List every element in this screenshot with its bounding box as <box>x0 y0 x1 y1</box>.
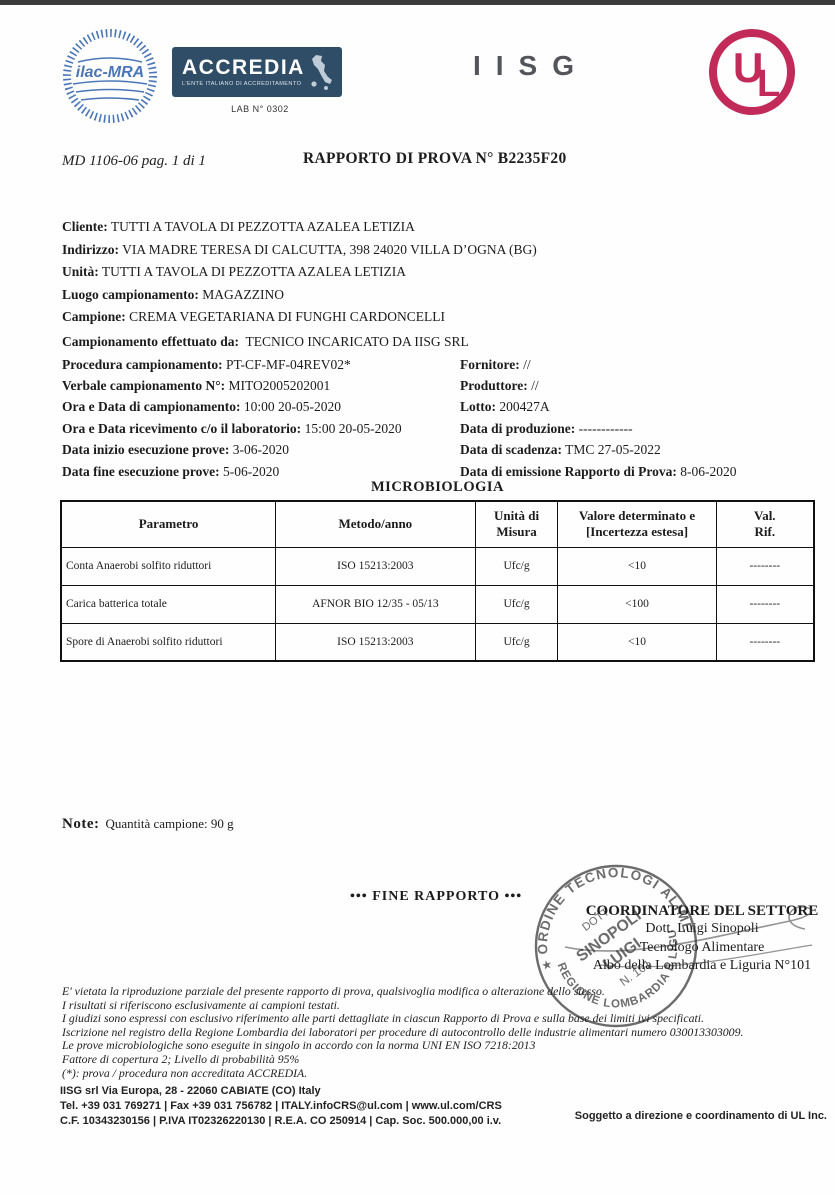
cell-val-rif: -------- <box>716 623 814 661</box>
disclaimer-line: (*): prova / procedura non accreditata A… <box>62 1067 792 1081</box>
cell-valore: <100 <box>558 585 716 623</box>
accredia-subtitle: L'ENTE ITALIANO DI ACCREDITAMENTO <box>182 81 308 87</box>
info-row-data-scadenza: Data di scadenza: TMC 27-05-2022 <box>460 439 777 460</box>
info-row-luogo: Luogo campionamento: MAGAZZINO <box>62 284 777 307</box>
info-row-verbale: Verbale campionamento N°: MITO2005202001 <box>62 375 460 396</box>
info-row-campionamento-da: Campionamento effettuato da: TECNICO INC… <box>62 331 777 354</box>
signature-role: Tecnologo Alimentare <box>573 939 831 958</box>
cell-metodo: ISO 15213:2003 <box>276 547 476 585</box>
iisg-logo: IISG <box>473 50 589 82</box>
cell-parametro: Spore di Anaerobi solfito riduttori <box>61 623 276 661</box>
ilac-mra-logo: ilac-MRA <box>60 26 160 126</box>
cell-val-rif: -------- <box>716 585 814 623</box>
disclaimer-line: E' vietata la riproduzione parziale del … <box>62 985 792 999</box>
ilac-mra-text: ilac-MRA <box>76 64 144 81</box>
report-title: RAPPORTO DI PROVA N° B2235F20 <box>303 150 567 168</box>
col-header-val-rif: Val. Rif. <box>716 501 814 547</box>
stamp-star-icon: ★ <box>540 957 554 973</box>
note-label: Note: <box>62 816 99 832</box>
col-header-parametro: Parametro <box>61 501 276 547</box>
disclaimer-block: E' vietata la riproduzione parziale del … <box>62 985 792 1080</box>
table-row: Carica batterica totale AFNOR BIO 12/35 … <box>61 585 814 623</box>
cell-valore: <10 <box>558 547 716 585</box>
info-row-lotto: Lotto: 200427A <box>460 396 777 417</box>
cell-val-rif: -------- <box>716 547 814 585</box>
table-title: MICROBIOLOGIA <box>60 479 815 496</box>
info-row-fornitore: Fornitore: // <box>460 354 777 375</box>
scan-edge-bar <box>0 0 835 5</box>
document-reference: MD 1106-06 pag. 1 di 1 <box>62 153 206 170</box>
cell-parametro: Conta Anaerobi solfito riduttori <box>61 547 276 585</box>
signature-name: Dott. Luigi Sinopoli <box>573 920 831 939</box>
ul-letter-l: L <box>757 63 780 105</box>
italy-map-icon <box>308 53 334 91</box>
accredia-logo: ACCREDIA L'ENTE ITALIANO DI ACCREDITAMEN… <box>172 47 342 97</box>
cell-metodo: AFNOR BIO 12/35 - 05/13 <box>276 585 476 623</box>
footer-address: IISG srl Via Europa, 28 - 22060 CABIATE … <box>60 1084 790 1099</box>
company-footer: IISG srl Via Europa, 28 - 22060 CABIATE … <box>60 1084 790 1129</box>
microbiology-table: Parametro Metodo/anno Unità di Misura Va… <box>60 500 815 662</box>
info-row-data-produzione: Data di produzione: ------------ <box>460 418 777 439</box>
accredia-lab-number: LAB N° 0302 <box>205 104 315 114</box>
col-header-valore: Valore determinato e [Incertezza estesa] <box>558 501 716 547</box>
info-left-column: Procedura campionamento: PT-CF-MF-04REV0… <box>62 354 460 482</box>
info-row-unita: Unità: TUTTI A TAVOLA DI PEZZOTTA AZALEA… <box>62 261 777 284</box>
footer-ul-note: Soggetto a direzione e coordinamento di … <box>575 1110 827 1122</box>
test-report-page: ilac-MRA ACCREDIA L'ENTE ITALIANO DI ACC… <box>0 0 835 1195</box>
info-row-data-inizio: Data inizio esecuzione prove: 3-06-2020 <box>62 439 460 460</box>
end-of-report-marker: ••• FINE RAPPORTO ••• <box>350 889 522 905</box>
cell-parametro: Carica batterica totale <box>61 585 276 623</box>
col-header-metodo: Metodo/anno <box>276 501 476 547</box>
disclaimer-line: I risultati si riferiscono esclusivament… <box>62 999 792 1013</box>
disclaimer-line: I giudizi sono espressi con esclusivo ri… <box>62 1012 792 1026</box>
disclaimer-line: Iscrizione nel registro della Regione Lo… <box>62 1026 792 1040</box>
table-header-row: Parametro Metodo/anno Unità di Misura Va… <box>61 501 814 547</box>
cell-valore: <10 <box>558 623 716 661</box>
signature-title: COORDINATORE DEL SETTORE <box>573 903 831 920</box>
table-row: Conta Anaerobi solfito riduttori ISO 152… <box>61 547 814 585</box>
info-row-indirizzo: Indirizzo: VIA MADRE TERESA DI CALCUTTA,… <box>62 239 777 262</box>
info-row-ora-campionamento: Ora e Data di campionamento: 10:00 20-05… <box>62 396 460 417</box>
info-row-produttore: Produttore: // <box>460 375 777 396</box>
disclaimer-line: Le prove microbiologiche sono eseguite i… <box>62 1039 792 1053</box>
info-row-procedura: Procedura campionamento: PT-CF-MF-04REV0… <box>62 354 460 375</box>
info-row-cliente: Cliente: TUTTI A TAVOLA DI PEZZOTTA AZAL… <box>62 216 777 239</box>
sample-info-block: Cliente: TUTTI A TAVOLA DI PEZZOTTA AZAL… <box>62 216 777 482</box>
cell-unita: Ufc/g <box>475 623 558 661</box>
cell-unita: Ufc/g <box>475 585 558 623</box>
table-row: Spore di Anaerobi solfito riduttori ISO … <box>61 623 814 661</box>
info-row-ora-ricevimento: Ora e Data ricevimento c/o il laboratori… <box>62 418 460 439</box>
info-row-campione: Campione: CREMA VEGETARIANA DI FUNGHI CA… <box>62 306 777 329</box>
note-text: Quantità campione: 90 g <box>105 816 233 831</box>
accredia-wordmark: ACCREDIA <box>182 57 308 78</box>
signature-block: COORDINATORE DEL SETTORE Dott. Luigi Sin… <box>573 903 831 976</box>
note-line: Note:Quantità campione: 90 g <box>62 816 234 833</box>
cell-metodo: ISO 15213:2003 <box>276 623 476 661</box>
ul-logo: U L <box>706 26 798 118</box>
signature-register: Albo della Lombardia e Liguria N°101 <box>573 957 831 976</box>
cell-unita: Ufc/g <box>475 547 558 585</box>
disclaimer-line: Fattore di copertura 2; Livello di proba… <box>62 1053 792 1067</box>
col-header-unita: Unità di Misura <box>475 501 558 547</box>
info-right-column: Fornitore: // Produttore: // Lotto: 2004… <box>460 354 777 482</box>
